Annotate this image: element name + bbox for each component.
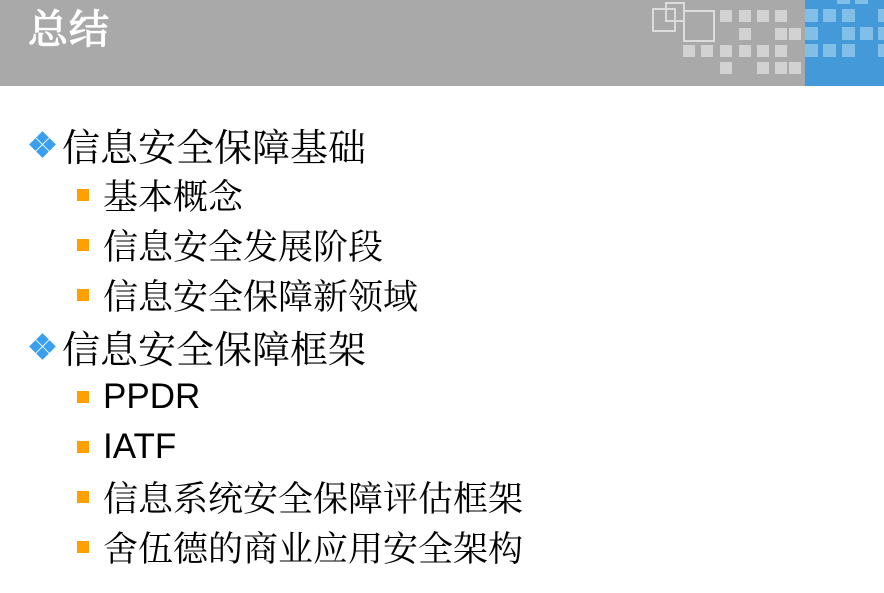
- gray-square-decoration: [739, 28, 751, 40]
- outline-item-level2: 舍伍德的商业应用安全架构: [0, 522, 884, 572]
- outline-item-level2: 信息安全保障新领域: [0, 270, 884, 320]
- blue-square-decoration: [805, 44, 818, 57]
- gray-square-decoration: [757, 45, 769, 57]
- slide: 总结 信息安全保障基础 基本概念 信息安全发展阶段 信息安全保障新领域 信息安全…: [0, 0, 884, 593]
- outline-subitem-label: PPDR: [103, 377, 200, 417]
- outline-subitem-label: 信息安全保障新领域: [103, 270, 418, 320]
- gray-square-decoration: [775, 62, 787, 74]
- blue-square-decoration: [837, 0, 850, 4]
- slide-header: 总结: [0, 0, 884, 86]
- outline-subitem-label: 信息安全发展阶段: [103, 220, 383, 270]
- blue-accent-block: [805, 0, 884, 86]
- outline-item-level1: 信息安全保障框架: [0, 320, 884, 372]
- square-bullet-icon: [77, 189, 89, 201]
- blue-square-decoration: [878, 9, 884, 22]
- gray-square-decoration: [775, 10, 787, 22]
- square-bullet-icon: [77, 441, 89, 453]
- blue-square-decoration: [805, 27, 818, 40]
- header-decoration: [0, 0, 884, 86]
- outline-item-level2: 基本概念: [0, 170, 884, 220]
- slide-body: 信息安全保障基础 基本概念 信息安全发展阶段 信息安全保障新领域 信息安全保障框…: [0, 86, 884, 572]
- gray-square-decoration: [720, 62, 732, 74]
- square-bullet-icon: [77, 289, 89, 301]
- blue-square-decoration: [823, 44, 836, 57]
- outline-item-label: 信息安全保障框架: [62, 319, 366, 374]
- gray-square-decoration: [775, 28, 787, 40]
- blue-square-decoration: [842, 27, 855, 40]
- gray-square-decoration: [683, 45, 695, 57]
- outline-subitem-label: 信息系统安全保障评估框架: [103, 472, 523, 522]
- outline-square-decoration: [665, 2, 685, 22]
- blue-square-decoration: [842, 9, 855, 22]
- gray-square-decoration: [720, 10, 732, 22]
- outline-item-level2: 信息安全发展阶段: [0, 220, 884, 270]
- blue-square-decoration: [805, 9, 818, 22]
- gray-square-decoration: [757, 10, 769, 22]
- gray-square-decoration: [701, 45, 713, 57]
- gray-square-decoration: [757, 62, 769, 74]
- outline-item-label: 信息安全保障基础: [62, 117, 366, 172]
- blue-square-decoration: [860, 27, 873, 40]
- blue-square-decoration: [855, 0, 868, 4]
- outline-subitem-label: 基本概念: [103, 170, 243, 220]
- gray-square-decoration: [739, 45, 751, 57]
- square-bullet-icon: [77, 491, 89, 503]
- outline-item-level2: 信息系统安全保障评估框架: [0, 472, 884, 522]
- gray-square-decoration: [720, 45, 732, 57]
- gray-square-decoration: [775, 45, 787, 57]
- gray-square-decoration: [739, 10, 751, 22]
- diamond-bullet-icon: [28, 332, 56, 360]
- gray-square-decoration: [789, 62, 801, 74]
- outline-square-decoration: [683, 10, 715, 42]
- outline-subitem-label: IATF: [103, 427, 176, 467]
- square-bullet-icon: [77, 239, 89, 251]
- outline-item-level2: IATF: [0, 422, 884, 472]
- gray-square-decoration: [789, 28, 801, 40]
- outline-item-level2: PPDR: [0, 372, 884, 422]
- square-bullet-icon: [77, 391, 89, 403]
- slide-title: 总结: [28, 2, 110, 58]
- blue-square-decoration: [842, 44, 855, 57]
- square-bullet-icon: [77, 541, 89, 553]
- diamond-bullet-icon: [28, 130, 56, 158]
- blue-square-decoration: [823, 9, 836, 22]
- blue-square-decoration: [878, 27, 884, 40]
- outline-item-level1: 信息安全保障基础: [0, 118, 884, 170]
- outline-subitem-label: 舍伍德的商业应用安全架构: [103, 522, 523, 572]
- blue-square-decoration: [878, 44, 884, 57]
